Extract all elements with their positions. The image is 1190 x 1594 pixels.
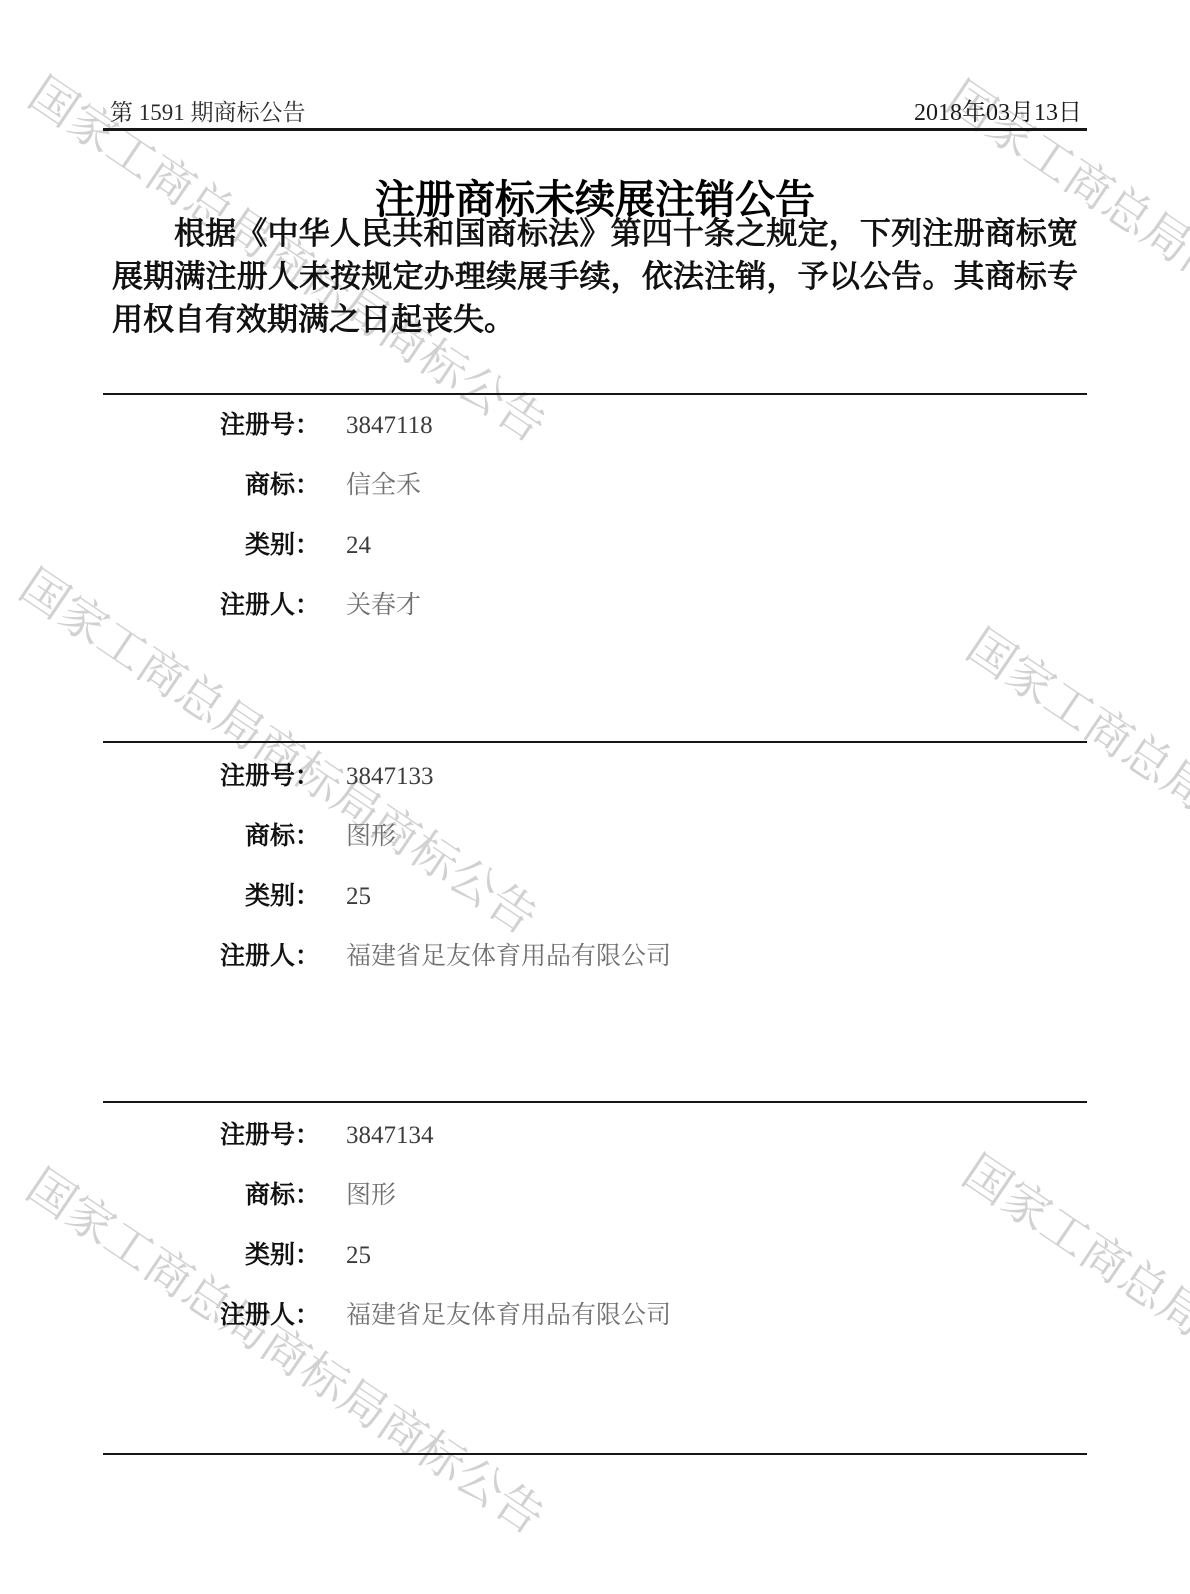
field-value-registrant: 福建省足友体育用品有限公司 <box>346 1300 671 1332</box>
field-row-reg-no: 注册号： 3847118 <box>103 410 1087 470</box>
trademark-record: 注册号： 3847118 商标： 信全禾 类别： 24 注册人： 关春才 <box>103 393 1087 650</box>
field-value-trademark: 图形 <box>346 821 396 853</box>
field-row-trademark: 商标： 信全禾 <box>103 470 1087 530</box>
field-label-category: 类别： <box>103 1240 320 1272</box>
record-rows: 注册号： 3847118 商标： 信全禾 类别： 24 注册人： 关春才 <box>103 395 1087 650</box>
field-row-registrant: 注册人： 关春才 <box>103 590 1087 650</box>
header-rule <box>103 128 1087 131</box>
field-value-trademark: 图形 <box>346 1180 396 1212</box>
field-value-reg-no: 3847118 <box>346 410 433 442</box>
intro-paragraph: 根据《中华人民共和国商标法》第四十条之规定，下列注册商标宽展期满注册人未按规定办… <box>112 212 1078 341</box>
record-rows: 注册号： 3847134 商标： 图形 类别： 25 注册人： 福建省足友体育用… <box>103 1103 1087 1360</box>
field-row-registrant: 注册人： 福建省足友体育用品有限公司 <box>103 941 1087 1001</box>
field-value-registrant: 福建省足友体育用品有限公司 <box>346 941 671 973</box>
field-value-reg-no: 3847134 <box>346 1120 434 1152</box>
field-value-trademark: 信全禾 <box>346 470 421 502</box>
trademark-record: 注册号： 3847134 商标： 图形 类别： 25 注册人： 福建省足友体育用… <box>103 1101 1087 1360</box>
field-value-registrant: 关春才 <box>346 590 421 622</box>
field-label-category: 类别： <box>103 881 320 913</box>
field-row-trademark: 商标： 图形 <box>103 821 1087 881</box>
field-label-reg-no: 注册号： <box>103 1120 320 1152</box>
field-label-reg-no: 注册号： <box>103 410 320 442</box>
field-value-category: 25 <box>346 881 371 913</box>
gazette-issue-label: 第 1591 期商标公告 <box>110 94 306 127</box>
field-row-reg-no: 注册号： 3847133 <box>103 761 1087 821</box>
field-label-registrant: 注册人： <box>103 590 320 622</box>
field-row-registrant: 注册人： 福建省足友体育用品有限公司 <box>103 1300 1087 1360</box>
field-row-reg-no: 注册号： 3847134 <box>103 1120 1087 1180</box>
field-row-category: 类别： 25 <box>103 1240 1087 1300</box>
field-label-reg-no: 注册号： <box>103 761 320 793</box>
field-label-trademark: 商标： <box>103 470 320 502</box>
field-label-registrant: 注册人： <box>103 941 320 973</box>
field-row-category: 类别： 24 <box>103 530 1087 590</box>
field-value-category: 24 <box>346 530 371 562</box>
field-value-reg-no: 3847133 <box>346 761 434 793</box>
gazette-date: 2018年03月13日 <box>914 92 1082 127</box>
field-label-category: 类别： <box>103 530 320 562</box>
section-divider <box>103 1453 1087 1455</box>
field-row-trademark: 商标： 图形 <box>103 1180 1087 1240</box>
field-label-trademark: 商标： <box>103 1180 320 1212</box>
field-value-category: 25 <box>346 1240 371 1272</box>
gazette-page: 国家工商总局商标局商标公告 国家工商总局商标局商标公告 国家工商总局商标局商标公… <box>0 0 1190 1594</box>
record-rows: 注册号： 3847133 商标： 图形 类别： 25 注册人： 福建省足友体育用… <box>103 743 1087 1001</box>
field-label-registrant: 注册人： <box>103 1300 320 1332</box>
trademark-record: 注册号： 3847133 商标： 图形 类别： 25 注册人： 福建省足友体育用… <box>103 741 1087 1001</box>
field-row-category: 类别： 25 <box>103 881 1087 941</box>
field-label-trademark: 商标： <box>103 821 320 853</box>
